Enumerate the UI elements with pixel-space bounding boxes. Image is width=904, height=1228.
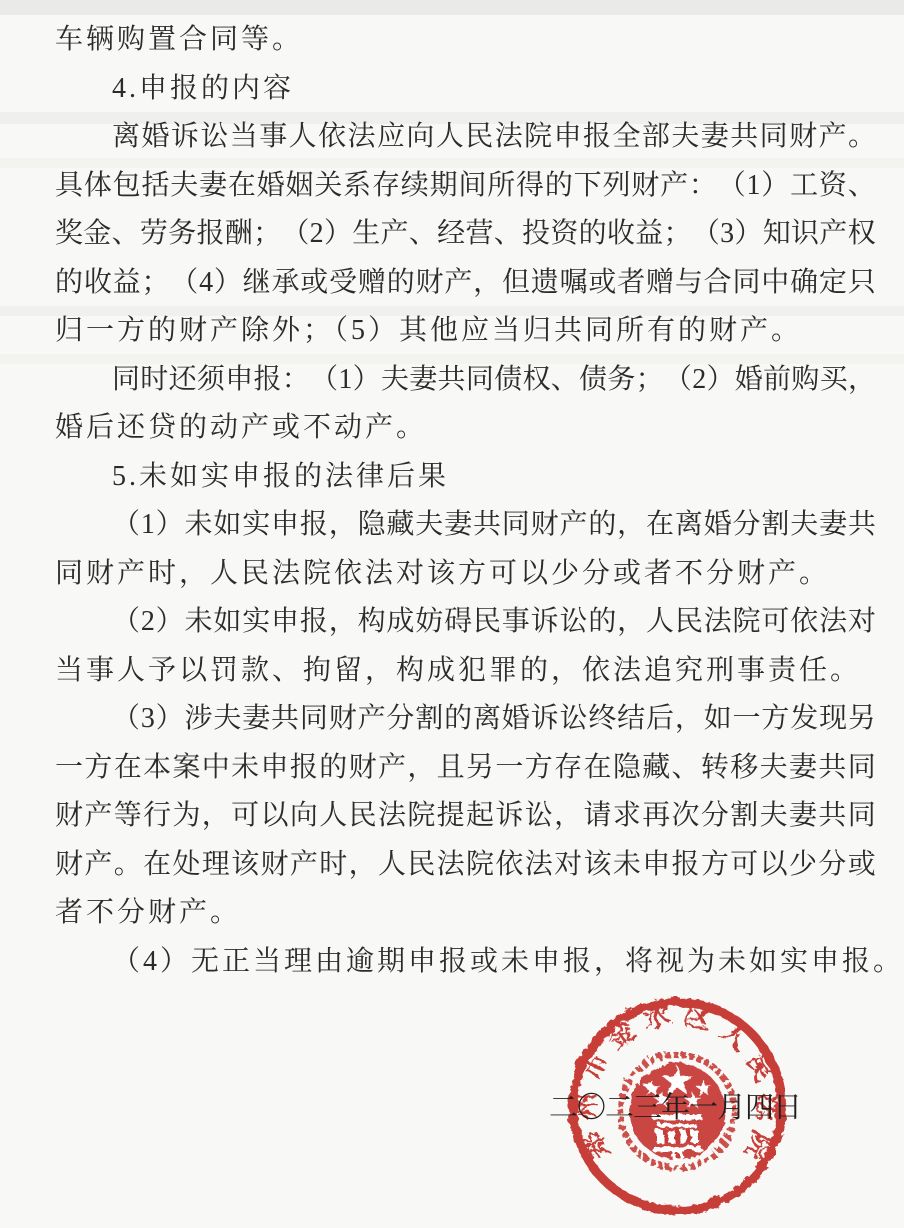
doc-line-15: （3）涉夫妻共同财产分割的离婚诉讼终结后，如一方发现另 (55, 695, 876, 744)
doc-line-13: （2）未如实申报，构成妨碍民事诉讼的，人民法院可依法对 (55, 598, 876, 647)
doc-line-7: 归一方的财产除外；（5）其他应当归共同所有的财产。 (55, 307, 876, 356)
doc-line-2: 4.申报的内容 (55, 65, 876, 114)
doc-line-1: 车辆购置合同等。 (55, 16, 876, 65)
doc-line-20: （4）无正当理由逾期申报或未申报，将视为未如实申报。 (55, 938, 876, 987)
doc-line-9: 婚后还贷的动产或不动产。 (55, 404, 876, 453)
doc-line-12: 同财产时，人民法院依法对该方可以少分或者不分财产。 (55, 550, 876, 599)
doc-line-14: 当事人予以罚款、拘留，构成犯罪的，依法追究刑事责任。 (55, 647, 876, 696)
document-page: 车辆购置合同等。 4.申报的内容 离婚诉讼当事人依法应向人民法院申报全部夫妻共同… (0, 0, 904, 1228)
scan-artifact-band (0, 0, 904, 15)
doc-line-11: （1）未如实申报，隐藏夫妻共同财产的，在离婚分割夫妻共 (55, 501, 876, 550)
doc-line-5: 奖金、劳务报酬；（2）生产、经营、投资的收益；（3）知识产权 (55, 210, 876, 259)
doc-line-17: 财产等行为，可以向人民法院提起诉讼，请求再次分割夫妻共同 (55, 792, 876, 841)
doc-line-10: 5.未如实申报的法律后果 (55, 453, 876, 502)
doc-line-3: 离婚诉讼当事人依法应向人民法院申报全部夫妻共同财产。 (55, 113, 876, 162)
doc-line-16: 一方在本案中未申报的财产，且另一方存在隐藏、转移夫妻共同 (55, 744, 876, 793)
doc-line-4: 具体包括夫妻在婚姻关系存续期间所得的下列财产：（1）工资、 (55, 162, 876, 211)
doc-line-19: 者不分财产。 (55, 889, 876, 938)
document-body: 车辆购置合同等。 4.申报的内容 离婚诉讼当事人依法应向人民法院申报全部夫妻共同… (55, 16, 876, 986)
doc-line-6: 的收益；（4）继承或受赠的财产，但遗嘱或者赠与合同中确定只 (55, 259, 876, 308)
date-stamp: 二〇二三年一月四日 (549, 1092, 801, 1124)
doc-line-18: 财产。在处理该财产时，人民法院依法对该未申报方可以少分或 (55, 841, 876, 890)
doc-line-8: 同时还须申报：（1）夫妻共同债权、债务；（2）婚前购买， (55, 356, 876, 405)
